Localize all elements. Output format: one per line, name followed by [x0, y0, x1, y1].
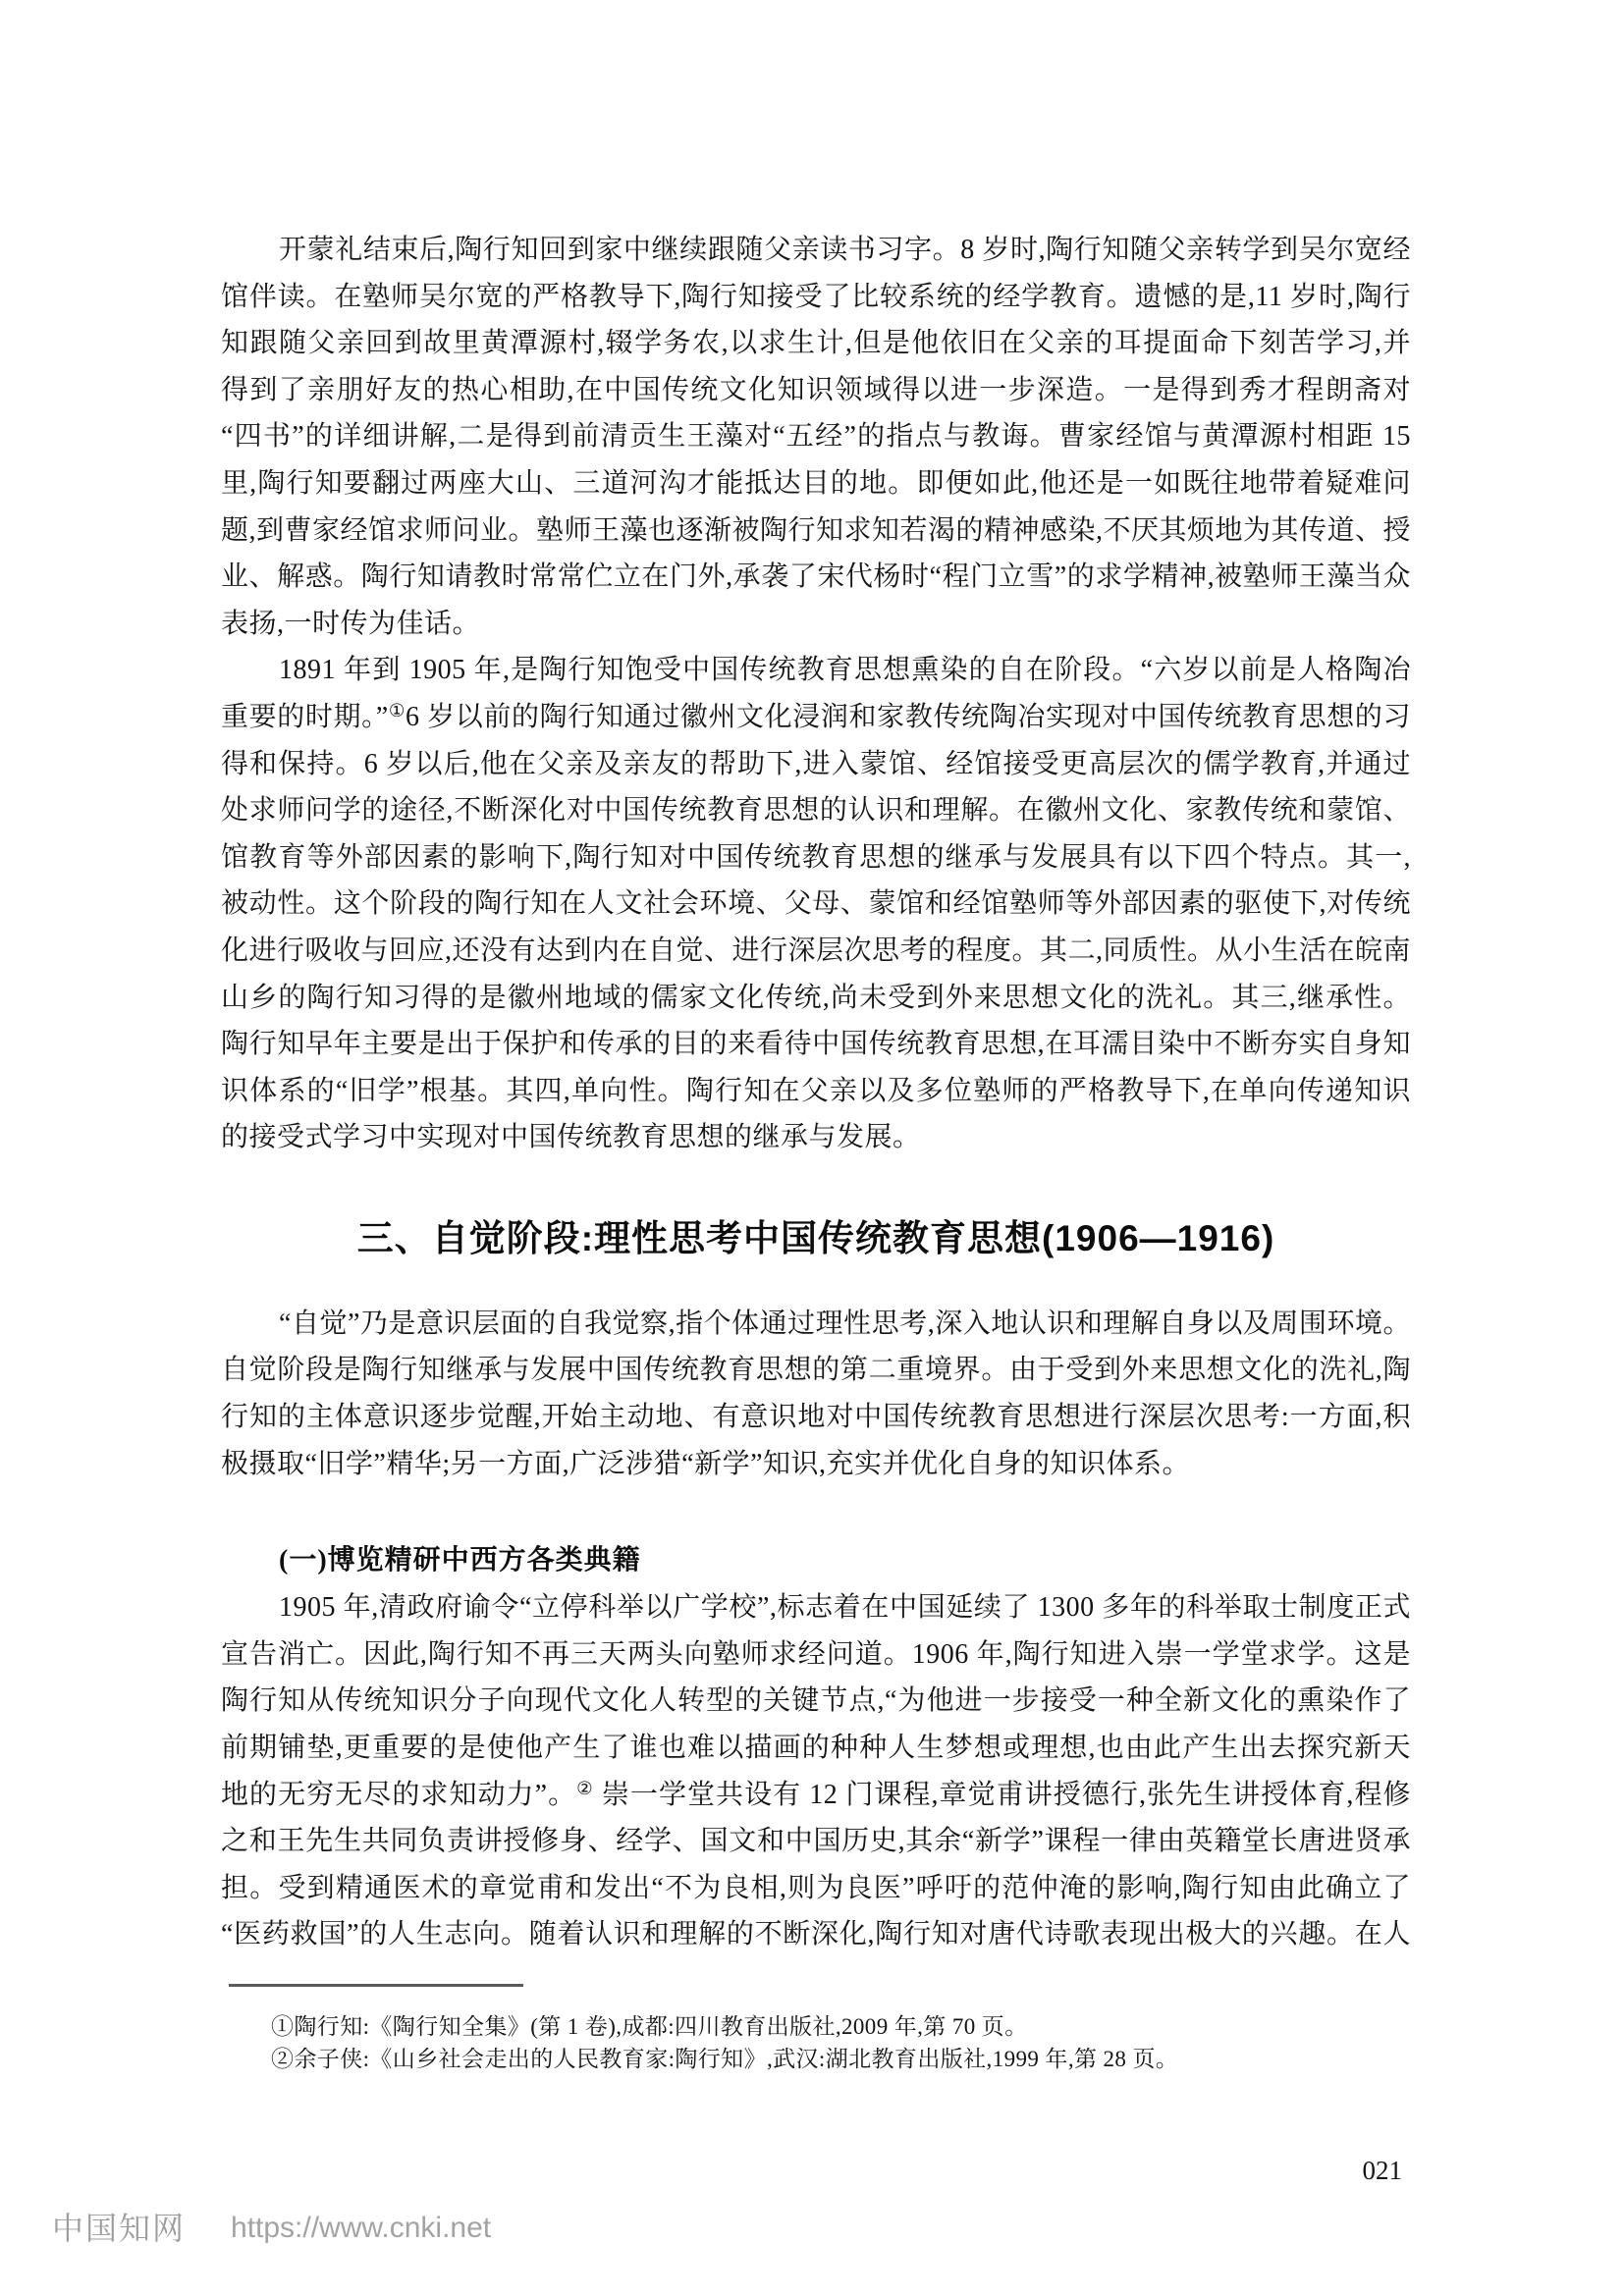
body-line: 极摄取“旧学”精华;另一方面,广泛涉猎“新学”知识,充实并优化自身的知识体系。: [221, 1441, 1411, 1488]
body-line: “四书”的详细讲解,二是得到前清贡生王藻对“五经”的指点与教诲。曹家经馆与黄潭源…: [221, 413, 1411, 460]
body-line: 行知的主体意识逐步觉醒,开始主动地、有意识地对中国传统教育思想进行深层次思考:一…: [221, 1394, 1411, 1441]
body-line: 知跟随父亲回到故里黄潭源村,辍学务农,以求生计,但是他依旧在父亲的耳提面命下刻苦…: [221, 320, 1411, 367]
body-line: 陶行知从传统知识分子向现代文化人转型的关键节点,“为他进一步接受一种全新文化的熏…: [221, 1678, 1411, 1725]
body-line: “医药救国”的人生志向。随着认识和理解的不断深化,陶行知对唐代诗歌表现出极大的兴…: [221, 1911, 1411, 1958]
body-line: 宣告消亡。因此,陶行知不再三天两头向塾师求经问道。1906 年,陶行知进入崇一学…: [221, 1631, 1411, 1679]
paragraph-1: 开蒙礼结束后,陶行知回到家中继续跟随父亲读书习字。8 岁时,陶行知随父亲转学到吴…: [221, 227, 1411, 647]
cnki-footer: 中国知网 https://www.cnki.net: [52, 2209, 491, 2248]
body-line: 馆伴读。在塾师吴尔宽的严格教导下,陶行知接受了比较系统的经学教育。遗憾的是,11…: [221, 274, 1411, 321]
body-line: 山乡的陶行知习得的是徽州地域的儒家文化传统,尚未受到外来思想文化的洗礼。其三,继…: [221, 975, 1411, 1022]
paragraph-3: “自觉”乃是意识层面的自我觉察,指个体通过理性思考,深入地认识和理解自身以及周围…: [221, 1301, 1411, 1487]
body-line: 1891 年到 1905 年,是陶行知饱受中国传统教育思想熏染的自在阶段。“六岁…: [221, 647, 1411, 694]
body-line: 陶行知早年主要是出于保护和传承的目的来看待中国传统教育思想,在耳濡目染中不断夯实…: [221, 1021, 1411, 1068]
body-line: 处求师问学的途径,不断深化对中国传统教育思想的认识和理解。在徽州文化、家教传统和…: [221, 787, 1411, 834]
footnotes-block: ①陶行知:《陶行知全集》(第 1 卷),成都:四川教育出版社,2009 年,第 …: [221, 2010, 1411, 2075]
footnote-ref-mark: ②: [576, 1779, 594, 1798]
page-content: 开蒙礼结束后,陶行知回到家中继续跟随父亲读书习字。8 岁时,陶行知随父亲转学到吴…: [221, 227, 1411, 2075]
body-line: 担。受到精通医术的章觉甫和发出“不为良相,则为良医”呼吁的范仲淹的影响,陶行知由…: [221, 1865, 1411, 1912]
paragraph-2: 1891 年到 1905 年,是陶行知饱受中国传统教育思想熏染的自在阶段。“六岁…: [221, 647, 1411, 1161]
document-page: 开蒙礼结束后,陶行知回到家中继续跟随父亲读书习字。8 岁时,陶行知随父亲转学到吴…: [0, 0, 1624, 2296]
footnote-ref-mark: ①: [389, 701, 406, 721]
body-line: 重要的时期。”①6 岁以前的陶行知通过徽州文化浸润和家教传统陶冶实现对中国传统教…: [221, 694, 1411, 741]
body-line: 表扬,一时传为佳话。: [221, 601, 1411, 648]
body-line: 馆教育等外部因素的影响下,陶行知对中国传统教育思想的继承与发展具有以下四个特点。…: [221, 834, 1411, 881]
cnki-brand-text: 中国知网: [52, 2209, 186, 2248]
body-line: 题,到曹家经馆求师问业。塾师王藻也逐渐被陶行知求知若渴的精神感染,不厌其烦地为其…: [221, 507, 1411, 555]
section-heading: 三、自觉阶段:理性思考中国传统教育思想(1906—1916): [221, 1214, 1411, 1263]
body-line: 里,陶行知要翻过两座大山、三道河沟才能抵达目的地。即便如此,他还是一如既往地带着…: [221, 460, 1411, 507]
body-line: 业、解惑。陶行知请教时常常伫立在门外,承袭了宋代杨时“程门立雪”的求学精神,被塾…: [221, 554, 1411, 601]
footnote-2: ②余子侠:《山乡社会走出的人民教育家:陶行知》,武汉:湖北教育出版社,1999 …: [221, 2043, 1411, 2075]
body-line: 地的无穷无尽的求知动力”。② 崇一学堂共设有 12 门课程,章觉甫讲授德行,张先…: [221, 1772, 1411, 1819]
subsection-heading: (一)博览精研中西方各类典籍: [221, 1537, 1411, 1584]
body-line: 自觉阶段是陶行知继承与发展中国传统教育思想的第二重境界。由于受到外来思想文化的洗…: [221, 1347, 1411, 1394]
body-line: 的接受式学习中实现对中国传统教育思想的继承与发展。: [221, 1114, 1411, 1161]
body-line: 1905 年,清政府谕令“立停科举以广学校”,标志着在中国延续了 1300 多年…: [221, 1584, 1411, 1631]
cnki-url-text: https://www.cnki.net: [231, 2209, 491, 2248]
body-line: 识体系的“旧学”根基。其四,单向性。陶行知在父亲以及多位塾师的严格教导下,在单向…: [221, 1068, 1411, 1115]
body-line: 被动性。这个阶段的陶行知在人文社会环境、父母、蒙馆和经馆塾师等外部因素的驱使下,…: [221, 881, 1411, 928]
page-number: 021: [1363, 2156, 1403, 2185]
paragraph-4: 1905 年,清政府谕令“立停科举以广学校”,标志着在中国延续了 1300 多年…: [221, 1584, 1411, 1958]
body-line: 得到了亲朋好友的热心相助,在中国传统文化知识领域得以进一步深造。一是得到秀才程朗…: [221, 367, 1411, 414]
body-line: “自觉”乃是意识层面的自我觉察,指个体通过理性思考,深入地认识和理解自身以及周围…: [221, 1301, 1411, 1348]
body-line: 化进行吸收与回应,还没有达到内在自觉、进行深层次思考的程度。其二,同质性。从小生…: [221, 928, 1411, 975]
body-line: 开蒙礼结束后,陶行知回到家中继续跟随父亲读书习字。8 岁时,陶行知随父亲转学到吴…: [221, 227, 1411, 274]
body-line: 之和王先生共同负责讲授修身、经学、国文和中国历史,其余“新学”课程一律由英籍堂长…: [221, 1818, 1411, 1865]
body-line: 得和保持。6 岁以后,他在父亲及亲友的帮助下,进入蒙馆、经馆接受更高层次的儒学教…: [221, 741, 1411, 788]
body-line: 前期铺垫,更重要的是使他产生了谁也难以描画的种种人生梦想或理想,也由此产生出去探…: [221, 1725, 1411, 1772]
footnote-1: ①陶行知:《陶行知全集》(第 1 卷),成都:四川教育出版社,2009 年,第 …: [221, 2010, 1411, 2043]
footnote-divider: [229, 1984, 523, 1987]
